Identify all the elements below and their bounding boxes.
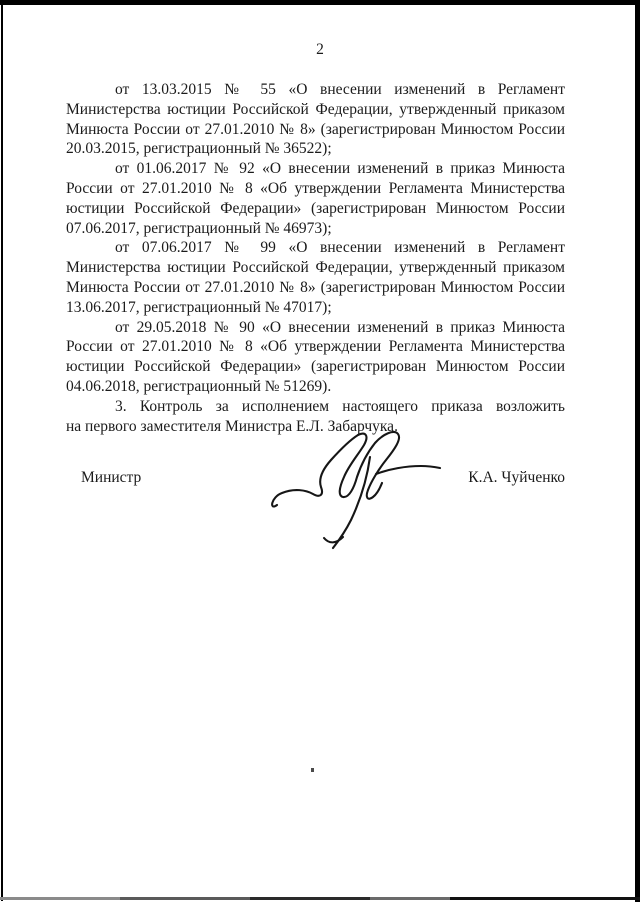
scan-artifact-dot [423, 162, 425, 164]
text-line: 13.06.2017, регистрационный № 47017); [66, 298, 565, 318]
text-line: Министерства юстиции Российской Федераци… [66, 100, 565, 120]
document-page: 2 от 13.03.2015 № 55 «О внесении изменен… [0, 0, 640, 905]
paragraph-3: от 07.06.2017 № 99 «О внесении изменений… [66, 238, 565, 317]
page-border-right [635, 0, 640, 902]
text-line: 04.06.2018, регистрационный № 51269). [66, 377, 565, 397]
paragraph-1: от 13.03.2015 № 55 «О внесении изменений… [66, 80, 565, 159]
paragraph-4: от 29.05.2018 № 90 «О внесении изменений… [66, 318, 565, 397]
page-border-left [1, 0, 3, 901]
page-border-top [0, 0, 640, 5]
text-line: 3. Контроль за исполнением настоящего пр… [66, 397, 565, 417]
text-line: Министерства юстиции Российской Федераци… [66, 258, 565, 278]
signoff-name: К.А. Чуйченко [468, 468, 565, 488]
page-border-bottom [0, 897, 640, 900]
text-line: 07.06.2017, регистрационный № 46973); [66, 219, 565, 239]
scan-artifact-dot [311, 768, 314, 772]
signoff-title: Министр [81, 468, 141, 488]
text-line: Минюста России от 27.01.2010 № 8» (зарег… [66, 278, 565, 298]
paragraph-2: от 01.06.2017 № 92 «О внесении изменений… [66, 159, 565, 238]
text-line: России от 27.01.2010 № 8 «Об утверждении… [66, 179, 565, 199]
text-line: от 07.06.2017 № 99 «О внесении изменений… [66, 238, 565, 258]
page-number: 2 [0, 40, 640, 60]
document-body: от 13.03.2015 № 55 «О внесении изменений… [66, 80, 565, 436]
text-line: юстиции Российской Федерации» (зарегистр… [66, 199, 565, 219]
text-line: Минюста России от 27.01.2010 № 8» (зарег… [66, 120, 565, 140]
text-line: от 13.03.2015 № 55 «О внесении изменений… [66, 80, 565, 100]
text-line: от 01.06.2017 № 92 «О внесении изменений… [66, 159, 565, 179]
handwritten-signature-icon [261, 427, 449, 559]
text-line: России от 27.01.2010 № 8 «Об утверждении… [66, 337, 565, 357]
text-line: 20.03.2015, регистрационный № 36522); [66, 139, 565, 159]
text-line: от 29.05.2018 № 90 «О внесении изменений… [66, 318, 565, 338]
text-line: юстиции Российской Федерации» (зарегистр… [66, 357, 565, 377]
